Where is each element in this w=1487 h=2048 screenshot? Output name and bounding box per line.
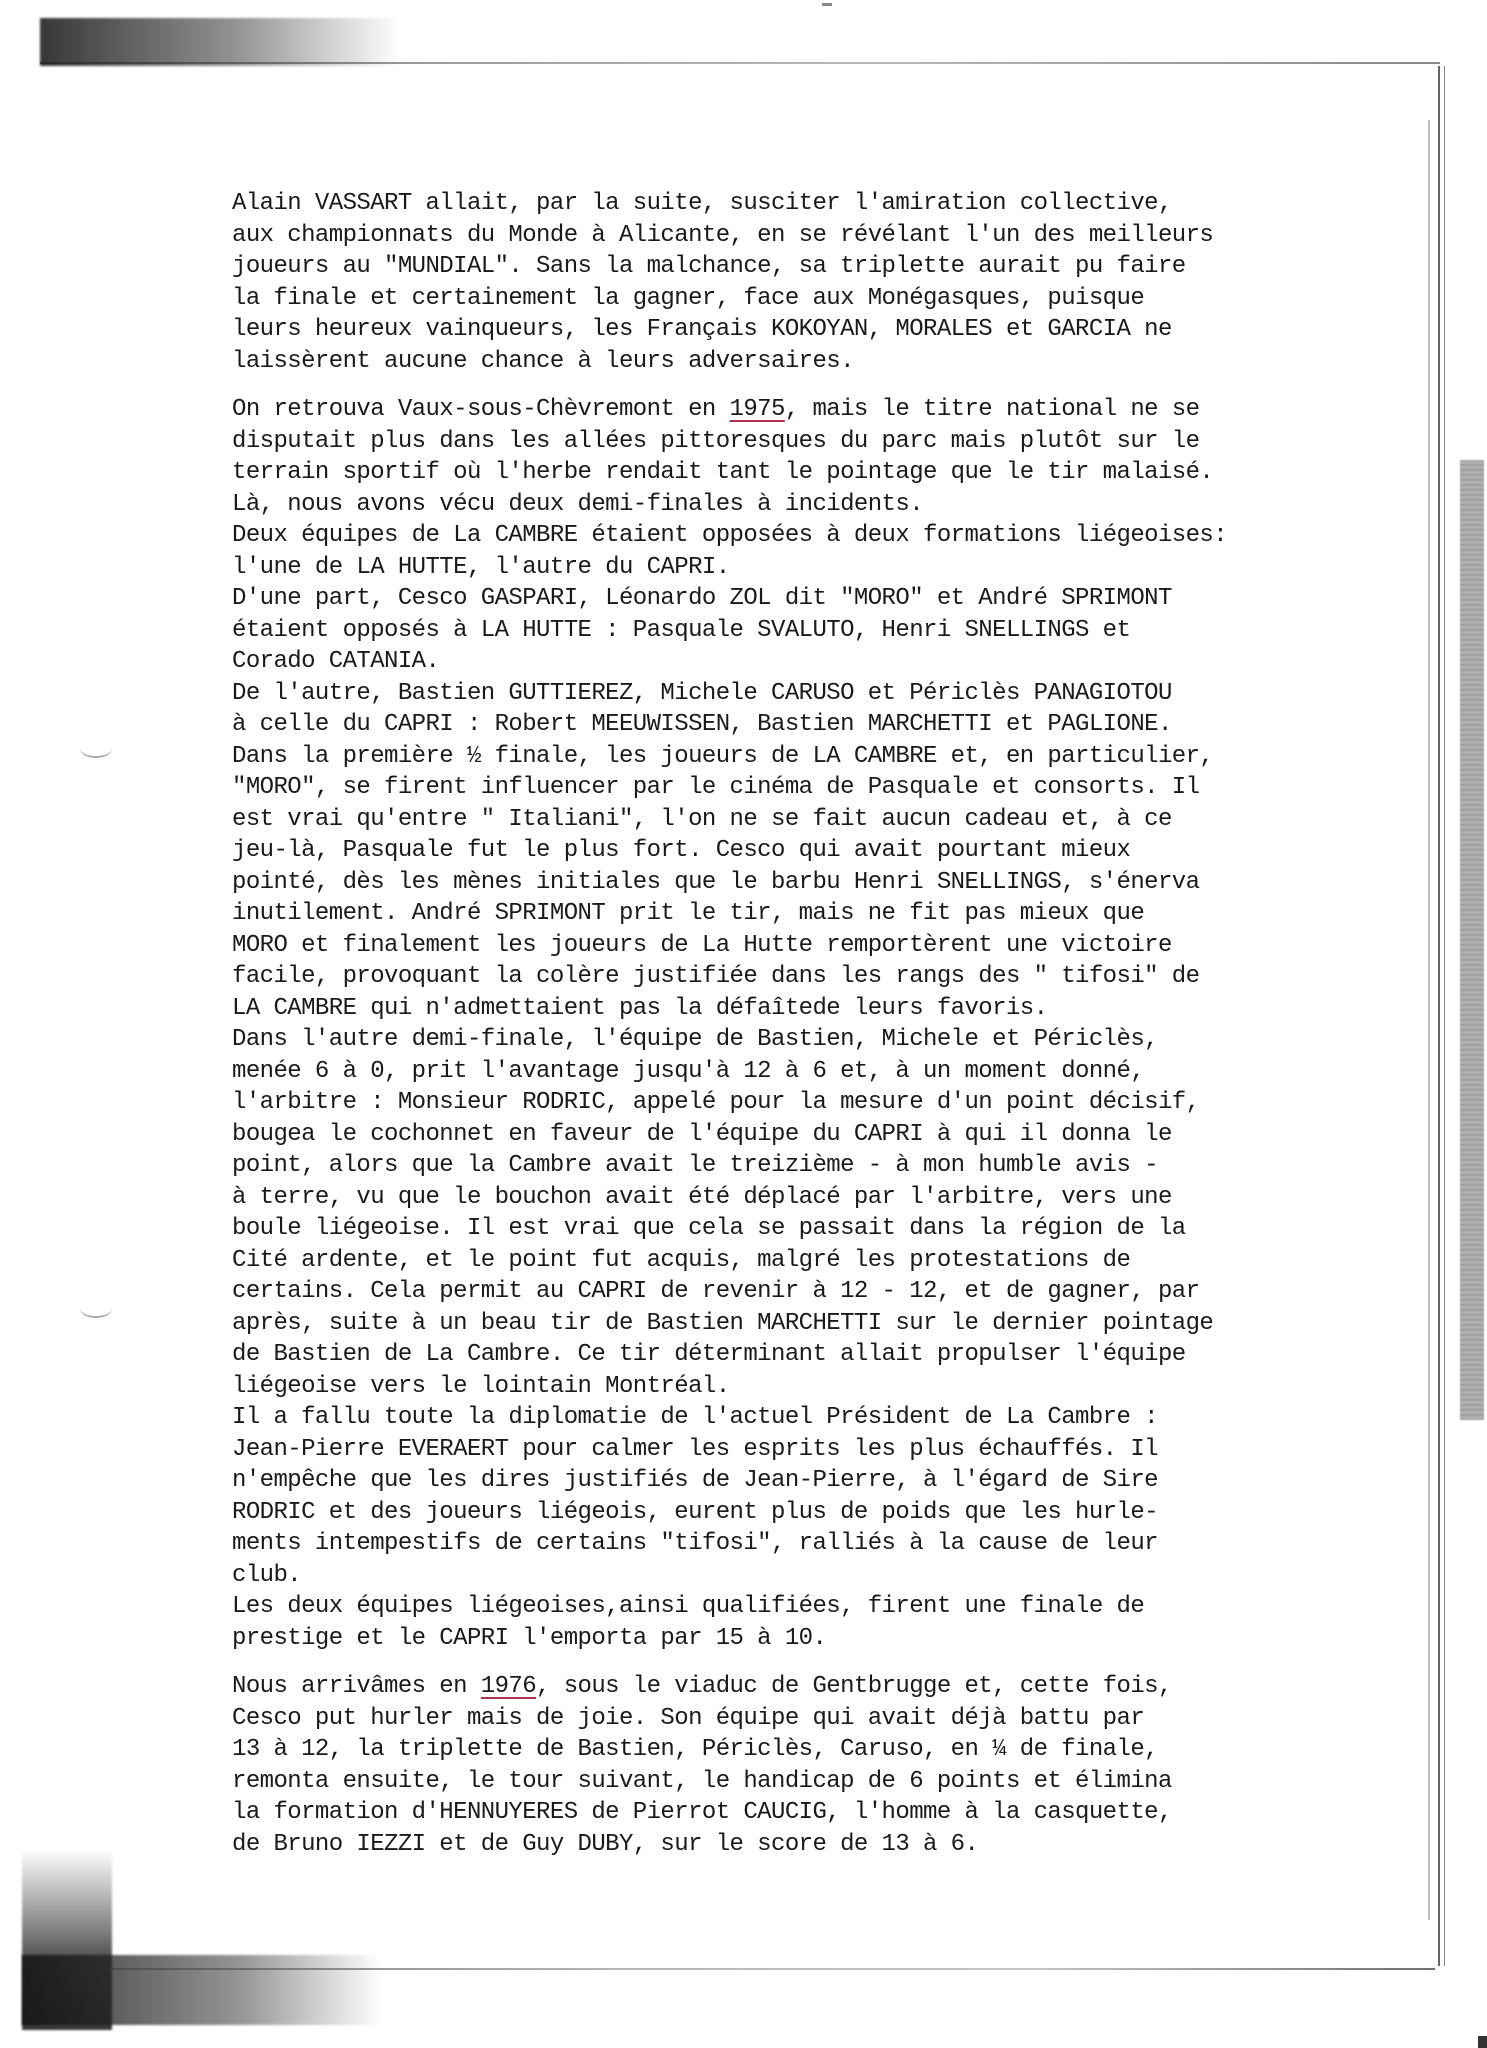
text-line: est vrai qu'entre " Italiani", l'on ne s… [232, 804, 1369, 836]
text-line: Dans l'autre demi-finale, l'équipe de Ba… [232, 1024, 1369, 1056]
scan-mark-corner [1478, 2036, 1487, 2048]
text-line: LA CAMBRE qui n'admettaient pas la défaî… [232, 993, 1369, 1025]
text-line: leurs heureux vainqueurs, les Français K… [232, 314, 1369, 346]
text-line: terrain sportif où l'herbe rendait tant … [232, 457, 1369, 489]
text-line: Dans la première ½ finale, les joueurs d… [232, 741, 1369, 773]
text-line: Il a fallu toute la diplomatie de l'actu… [232, 1402, 1369, 1434]
text-line: MORO et finalement les joueurs de La Hut… [232, 930, 1369, 962]
text-line: de Bastien de La Cambre. Ce tir détermin… [232, 1339, 1369, 1371]
text-line: Cesco put hurler mais de joie. Son équip… [232, 1703, 1369, 1735]
text-line: Corado CATANIA. [232, 646, 1369, 678]
text-line: à terre, vu que le bouchon avait été dép… [232, 1182, 1369, 1214]
text-line: bougea le cochonnet en faveur de l'équip… [232, 1119, 1369, 1151]
text-line: D'une part, Cesco GASPARI, Léonardo ZOL … [232, 583, 1369, 615]
text-line: étaient opposés à LA HUTTE : Pasquale SV… [232, 615, 1369, 647]
text-line: joueurs au "MUNDIAL". Sans la malchance,… [232, 251, 1369, 283]
text-line: menée 6 à 0, prit l'avantage jusqu'à 12 … [232, 1056, 1369, 1088]
typewritten-page: Alain VASSART allait, par la suite, susc… [232, 188, 1392, 1860]
text-line: club. [232, 1560, 1369, 1592]
text-line: Alain VASSART allait, par la suite, susc… [232, 188, 1369, 220]
text-line: l'une de LA HUTTE, l'autre du CAPRI. [232, 552, 1369, 584]
paragraph-1975: On retrouva Vaux-sous-Chèvremont en 1975… [232, 394, 1392, 1654]
text-line: Cité ardente, et le point fut acquis, ma… [232, 1245, 1369, 1277]
scan-shadow-right [1460, 460, 1484, 1420]
text-line: la formation d'HENNUYERES de Pierrot CAU… [232, 1797, 1369, 1829]
punch-hole-mark [80, 740, 112, 758]
paragraph-1976: Nous arrivâmes en 1976, sous le viaduc d… [232, 1671, 1392, 1860]
text-line: après, suite à un beau tir de Bastien MA… [232, 1308, 1369, 1340]
text-line: 13 à 12, la triplette de Bastien, Péricl… [232, 1734, 1369, 1766]
text-line: RODRIC et des joueurs liégeois, eurent p… [232, 1497, 1369, 1529]
underlined-year: 1975 [730, 396, 785, 423]
scan-mark [822, 3, 832, 6]
text-line: laissèrent aucune chance à leurs adversa… [232, 346, 1369, 378]
text-line: Deux équipes de La CAMBRE étaient opposé… [232, 520, 1369, 552]
page-edge-top [40, 62, 1440, 64]
page-edge-right-inner [1428, 120, 1430, 1920]
text-line: disputait plus dans les allées pittoresq… [232, 426, 1369, 458]
punch-hole-mark [80, 1300, 112, 1318]
text-line: boule liégeoise. Il est vrai que cela se… [232, 1213, 1369, 1245]
page-edge-bottom [110, 1968, 1435, 1970]
text-line: ments intempestifs de certains "tifosi",… [232, 1528, 1369, 1560]
text-line: liégeoise vers le lointain Montréal. [232, 1371, 1369, 1403]
text-line: aux championnats du Monde à Alicante, en… [232, 220, 1369, 252]
text-line: On retrouva Vaux-sous-Chèvremont en 1975… [232, 394, 1369, 426]
text-line: de Bruno IEZZI et de Guy DUBY, sur le sc… [232, 1829, 1369, 1861]
text-line: à celle du CAPRI : Robert MEEUWISSEN, Ba… [232, 709, 1369, 741]
underlined-year: 1976 [481, 1673, 536, 1700]
text-line: point, alors que la Cambre avait le trei… [232, 1150, 1369, 1182]
text-line: jeu-là, Pasquale fut le plus fort. Cesco… [232, 835, 1369, 867]
text-line: n'empêche que les dires justifiés de Jea… [232, 1465, 1369, 1497]
page-edge-right [1438, 66, 1445, 1966]
text-line: pointé, dès les mènes initiales que le b… [232, 867, 1369, 899]
text-line: facile, provoquant la colère justifiée d… [232, 961, 1369, 993]
text-line: Nous arrivâmes en 1976, sous le viaduc d… [232, 1671, 1369, 1703]
text-line: la finale et certainement la gagner, fac… [232, 283, 1369, 315]
scan-shadow-top-left [40, 18, 400, 66]
text-line: Les deux équipes liégeoises,ainsi qualif… [232, 1591, 1369, 1623]
text-line: De l'autre, Bastien GUTTIEREZ, Michele C… [232, 678, 1369, 710]
scan-shadow-bottom [22, 1955, 382, 2025]
text-line: Là, nous avons vécu deux demi-finales à … [232, 489, 1369, 521]
text-line: "MORO", se firent influencer par le ciné… [232, 772, 1369, 804]
text-line: prestige et le CAPRI l'emporta par 15 à … [232, 1623, 1369, 1655]
text-line: l'arbitre : Monsieur RODRIC, appelé pour… [232, 1087, 1369, 1119]
text-line: certains. Cela permit au CAPRI de reveni… [232, 1276, 1369, 1308]
text-line: inutilement. André SPRIMONT prit le tir,… [232, 898, 1369, 930]
text-line: Jean-Pierre EVERAERT pour calmer les esp… [232, 1434, 1369, 1466]
text-line: remonta ensuite, le tour suivant, le han… [232, 1766, 1369, 1798]
paragraph-vassart: Alain VASSART allait, par la suite, susc… [232, 188, 1392, 377]
